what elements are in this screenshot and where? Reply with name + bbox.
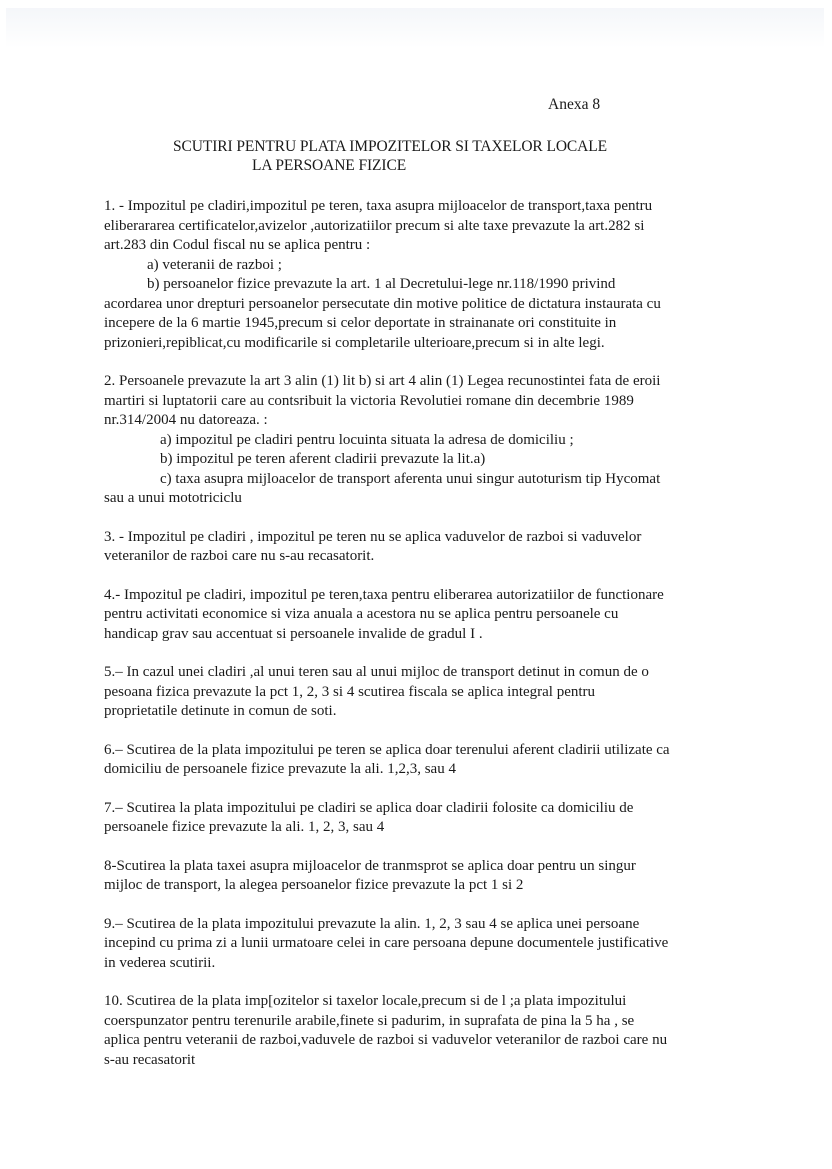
list-item-b: b) persoanelor fizice prevazute la art. … <box>104 275 754 295</box>
text-line: prizonieri,repiblicat,cu modificarile si… <box>104 334 754 354</box>
text-line: handicap grav sau accentuat si persoanel… <box>104 625 754 645</box>
text-line: veteranilor de razboi care nu s-au recas… <box>104 547 754 567</box>
paragraph-2: 2. Persoanele prevazute la art 3 alin (1… <box>104 372 754 509</box>
title-line-2: LA PERSOANE FIZICE <box>173 156 607 175</box>
paragraph-1: 1. - Impozitul pe cladiri,impozitul pe t… <box>104 197 754 353</box>
text-line: pentru activitati economice si viza anua… <box>104 605 754 625</box>
text-line: 1. - Impozitul pe cladiri,impozitul pe t… <box>104 197 754 217</box>
text-line: art.283 din Codul fiscal nu se aplica pe… <box>104 236 754 256</box>
text-line: 2. Persoanele prevazute la art 3 alin (1… <box>104 372 754 392</box>
text-line: 5.– In cazul unei cladiri ,al unui teren… <box>104 663 754 683</box>
list-item-a: a) veteranii de razboi ; <box>104 256 754 276</box>
title-line-1: SCUTIRI PENTRU PLATA IMPOZITELOR SI TAXE… <box>173 138 607 155</box>
text-line: 7.– Scutirea la plata impozitului pe cla… <box>104 799 754 819</box>
text-line: in vederea scutirii. <box>104 954 754 974</box>
text-line: pesoana fizica prevazute la pct 1, 2, 3 … <box>104 683 754 703</box>
text-line: proprietatile detinute in comun de soti. <box>104 702 754 722</box>
text-line: mijloc de transport, la alegea persoanel… <box>104 876 754 896</box>
annex-label: Anexa 8 <box>548 96 600 114</box>
document-title: SCUTIRI PENTRU PLATA IMPOZITELOR SI TAXE… <box>173 137 607 175</box>
paragraph-4: 4.- Impozitul pe cladiri, impozitul pe t… <box>104 586 754 645</box>
list-item-a: a) impozitul pe cladiri pentru locuinta … <box>104 431 754 451</box>
text-line: martiri si luptatorii care au contsribui… <box>104 392 754 412</box>
text-line: aplica pentru veteranii de razboi,vaduve… <box>104 1031 754 1051</box>
text-line: acordarea unor drepturi persoanelor pers… <box>104 295 754 315</box>
document-body: 1. - Impozitul pe cladiri,impozitul pe t… <box>104 197 754 1089</box>
text-line: s-au recasatorit <box>104 1051 754 1071</box>
text-line: 9.– Scutirea de la plata impozitului pre… <box>104 915 754 935</box>
paragraph-6: 6.– Scutirea de la plata impozitului pe … <box>104 741 754 780</box>
paragraph-7: 7.– Scutirea la plata impozitului pe cla… <box>104 799 754 838</box>
text-line: 4.- Impozitul pe cladiri, impozitul pe t… <box>104 586 754 606</box>
paragraph-9: 9.– Scutirea de la plata impozitului pre… <box>104 915 754 974</box>
paragraph-8: 8-Scutirea la plata taxei asupra mijloac… <box>104 857 754 896</box>
paragraph-5: 5.– In cazul unei cladiri ,al unui teren… <box>104 663 754 722</box>
scan-artifact <box>6 8 824 48</box>
list-item-c: c) taxa asupra mijloacelor de transport … <box>104 470 754 490</box>
list-item-b: b) impozitul pe teren aferent cladirii p… <box>104 450 754 470</box>
paragraph-10: 10. Scutirea de la plata imp[ozitelor si… <box>104 992 754 1070</box>
text-line: sau a unui mototriciclu <box>104 489 754 509</box>
text-line: domiciliu de persoanele fizice prevazute… <box>104 760 754 780</box>
text-line: incepere de la 6 martie 1945,precum si c… <box>104 314 754 334</box>
text-line: eliberararea certificatelor,avizelor ,au… <box>104 217 754 237</box>
text-line: 10. Scutirea de la plata imp[ozitelor si… <box>104 992 754 1012</box>
text-line: 3. - Impozitul pe cladiri , impozitul pe… <box>104 528 754 548</box>
paragraph-3: 3. - Impozitul pe cladiri , impozitul pe… <box>104 528 754 567</box>
text-line: 6.– Scutirea de la plata impozitului pe … <box>104 741 754 761</box>
text-line: persoanele fizice prevazute la ali. 1, 2… <box>104 818 754 838</box>
text-line: nr.314/2004 nu datoreaza. : <box>104 411 754 431</box>
text-line: 8-Scutirea la plata taxei asupra mijloac… <box>104 857 754 877</box>
text-line: coerspunzator pentru terenurile arabile,… <box>104 1012 754 1032</box>
text-line: incepind cu prima zi a lunii urmatoare c… <box>104 934 754 954</box>
